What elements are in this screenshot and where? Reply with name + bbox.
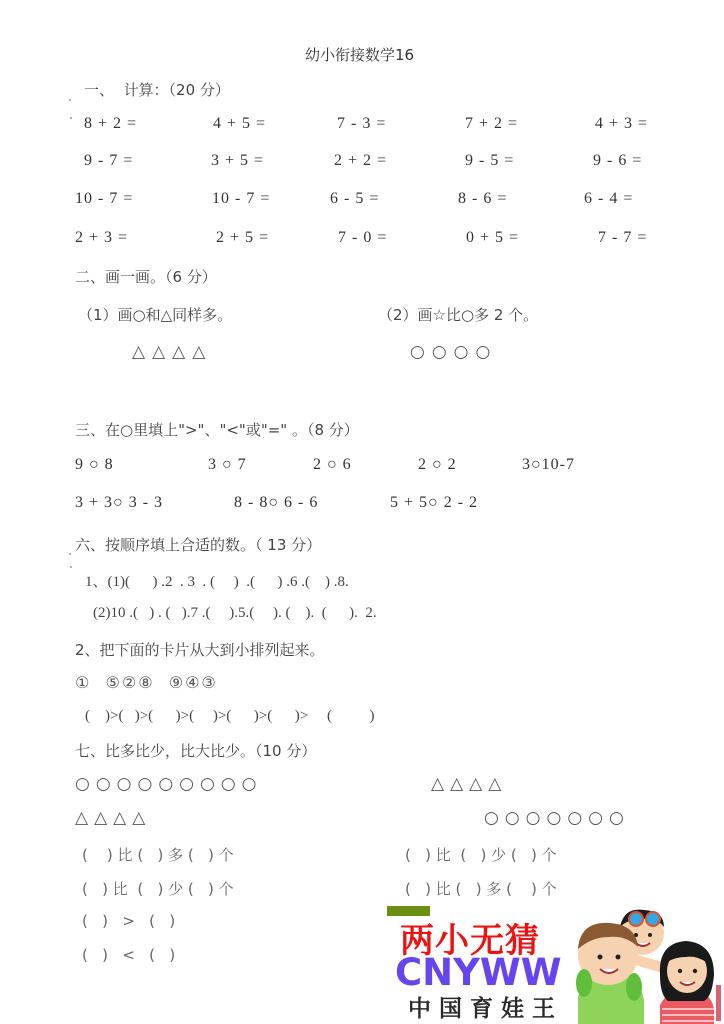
draw-question-1: （1）画○和△同样多。 bbox=[78, 304, 232, 325]
calc-problem: 6 - 5 = bbox=[330, 190, 379, 208]
compare-problem: 2 ○ 2 bbox=[418, 456, 457, 474]
calc-problem: 9 - 6 = bbox=[593, 152, 642, 170]
calc-problem: 9 - 7 = bbox=[84, 152, 133, 170]
calc-problem: 8 - 6 = bbox=[458, 190, 507, 208]
compare-problem: 5 + 5○ 2 - 2 bbox=[390, 494, 478, 512]
number-cards: ① ⑤②⑧ ⑨④③ bbox=[75, 673, 218, 692]
watermark-logo: 两小无猜 CNYWW 中国育娃王 bbox=[386, 905, 724, 1024]
compare-sentence: ( ) 比 ( ) 少 ( ) 个 bbox=[82, 878, 234, 899]
compare-sentence: ( ) 比 ( ) 少 ( ) 个 bbox=[405, 844, 557, 865]
compare-problem: 9 ○ 8 bbox=[75, 456, 114, 474]
triangle-row-left: △△△△ bbox=[75, 808, 151, 828]
scan-speck bbox=[70, 117, 72, 119]
compare-problem: 3 ○ 7 bbox=[208, 456, 247, 474]
calc-problem: 10 - 7 = bbox=[75, 190, 133, 208]
scan-speck bbox=[69, 99, 71, 101]
scan-speck bbox=[70, 566, 72, 568]
ordering-blanks: ( )>( )>( )>( )>( )>( )> ( ) bbox=[85, 708, 374, 725]
logo-en-name: CNYWW bbox=[395, 951, 562, 994]
compare-problem: 3○10-7 bbox=[522, 456, 575, 474]
less-than-blank: ( ) < ( ) bbox=[82, 946, 175, 964]
calc-problem: 3 + 5 = bbox=[211, 152, 264, 170]
section-7-heading: 七、比多比少，比大比少。（10 分） bbox=[75, 740, 316, 761]
triangle-row-right: △△△△ bbox=[431, 774, 507, 794]
circle-row-right: ○○○○○○○ bbox=[484, 808, 630, 828]
triangle-row: △△△△ bbox=[132, 342, 212, 362]
calc-problem: 10 - 7 = bbox=[212, 190, 270, 208]
calc-problem: 2 + 2 = bbox=[334, 152, 387, 170]
section-3-heading: 三、在○里填上">"、"<"或"=" 。（8 分） bbox=[75, 419, 359, 440]
greater-than-blank: ( ) > ( ) bbox=[82, 912, 175, 930]
calc-problem: 0 + 5 = bbox=[466, 229, 519, 247]
calc-problem: 7 - 7 = bbox=[598, 229, 647, 247]
sequence-line-1: 1、(1)( ) .2 . 3 . ( ) .( ) .6 .( ) .8. bbox=[85, 570, 349, 591]
decorative-bar bbox=[716, 985, 721, 1021]
document-title: 幼小衔接数学16 bbox=[305, 44, 414, 65]
compare-problem: 8 - 8○ 6 - 6 bbox=[234, 494, 318, 512]
calc-problem: 4 + 3 = bbox=[595, 115, 648, 133]
calc-problem: 7 + 2 = bbox=[465, 115, 518, 133]
calc-problem: 9 - 5 = bbox=[465, 152, 514, 170]
compare-sentence: ( ) 比 ( ) 多 ( ) 个 bbox=[405, 878, 557, 899]
compare-problem: 3 + 3○ 3 - 3 bbox=[75, 494, 163, 512]
circle-row-left: ○○○○○○○○○ bbox=[75, 774, 263, 794]
draw-question-2: （2）画☆比○多 2 个。 bbox=[378, 304, 538, 325]
section-6-heading: 六、按顺序填上合适的数。（ 13 分） bbox=[75, 534, 321, 555]
compare-sentence: ( ) 比 ( ) 多 ( ) 个 bbox=[82, 844, 234, 865]
calc-problem: 2 + 3 = bbox=[75, 229, 128, 247]
section-1-heading: 一、 计算：（20 分） bbox=[84, 79, 230, 100]
cards-question: 2、把下面的卡片从大到小排列起来。 bbox=[75, 639, 325, 660]
calc-problem: 7 - 0 = bbox=[338, 229, 387, 247]
calc-problem: 8 + 2 = bbox=[84, 115, 137, 133]
calc-problem: 4 + 5 = bbox=[213, 115, 266, 133]
calc-problem: 6 - 4 = bbox=[584, 190, 633, 208]
section-2-heading: 二、画一画。（6 分） bbox=[75, 266, 217, 287]
scan-speck bbox=[69, 553, 71, 555]
calc-problem: 2 + 5 = bbox=[216, 229, 269, 247]
calc-problem: 7 - 3 = bbox=[337, 115, 386, 133]
sequence-line-2: (2)10 .( ) . ( ).7 .( ).5.( ). ( ). ( ).… bbox=[93, 605, 377, 622]
compare-problem: 2 ○ 6 bbox=[313, 456, 352, 474]
circle-row: ○○○○ bbox=[410, 342, 497, 362]
logo-tagline: 中国育娃王 bbox=[408, 990, 563, 1023]
family-mascot-icon bbox=[564, 905, 724, 1024]
